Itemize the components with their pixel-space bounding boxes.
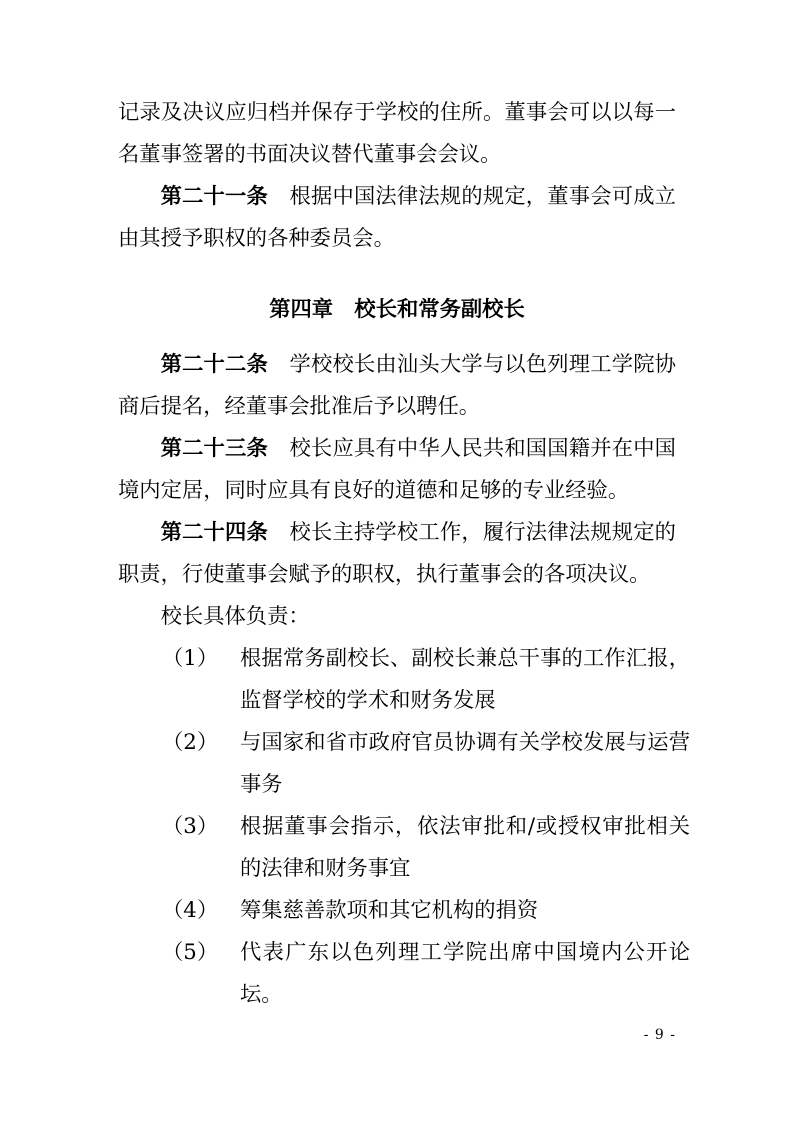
paragraph-continuation: 记录及决议应归档并保存于学校的住所。董事会可以以每一名董事签署的书面决议替代董事… [118,92,676,176]
article-22: 第二十二条 学校校长由汕头大学与以色列理工学院协商后提名，经董事会批准后予以聘任… [118,344,676,428]
list-item-text: 根据董事会指示，依法审批和/或授权审批相关的法律和财务事宜 [240,814,690,881]
list-intro: 校长具体负责： [118,596,676,638]
chapter-heading: 第四章 校长和常务副校长 [118,289,676,331]
duties-list: （1）根据常务副校长、副校长兼总干事的工作汇报，监督学校的学术和财务发展 （2）… [118,638,676,1016]
page-number: - 9 - [644,1027,676,1043]
list-item-number: （4） [162,890,218,932]
list-item: （1）根据常务副校长、副校长兼总干事的工作汇报，监督学校的学术和财务发展 [118,638,690,722]
article-21-label: 第二十一条 [161,184,268,209]
list-item: （4）筹集慈善款项和其它机构的捐资 [118,890,690,932]
article-23: 第二十三条 校长应具有中华人民共和国国籍并在中国境内定居，同时应具有良好的道德和… [118,428,676,512]
list-item-number: （2） [162,722,218,764]
article-24: 第二十四条 校长主持学校工作，履行法律法规规定的职责，行使董事会赋予的职权，执行… [118,512,676,596]
page-content: 记录及决议应归档并保存于学校的住所。董事会可以以每一名董事签署的书面决议替代董事… [118,92,676,1016]
article-22-label: 第二十二条 [161,352,268,377]
article-24-label: 第二十四条 [161,520,268,545]
list-item-text: 筹集慈善款项和其它机构的捐资 [240,898,538,923]
list-item: （3）根据董事会指示，依法审批和/或授权审批相关的法律和财务事宜 [118,806,690,890]
list-item-text: 根据常务副校长、副校长兼总干事的工作汇报，监督学校的学术和财务发展 [240,646,690,713]
list-item-number: （3） [162,806,218,848]
list-item-text: 与国家和省市政府官员协调有关学校发展与运营事务 [240,730,690,797]
list-item: （5）代表广东以色列理工学院出席中国境内公开论坛。 [118,932,690,1016]
list-item: （2）与国家和省市政府官员协调有关学校发展与运营事务 [118,722,690,806]
article-21: 第二十一条 根据中国法律法规的规定，董事会可成立由其授予职权的各种委员会。 [118,176,676,260]
list-item-text: 代表广东以色列理工学院出席中国境内公开论坛。 [240,940,690,1007]
list-item-number: （1） [162,638,218,680]
document-page: 记录及决议应归档并保存于学校的住所。董事会可以以每一名董事签署的书面决议替代董事… [0,0,794,1123]
list-item-number: （5） [162,932,218,974]
article-23-label: 第二十三条 [161,436,268,461]
